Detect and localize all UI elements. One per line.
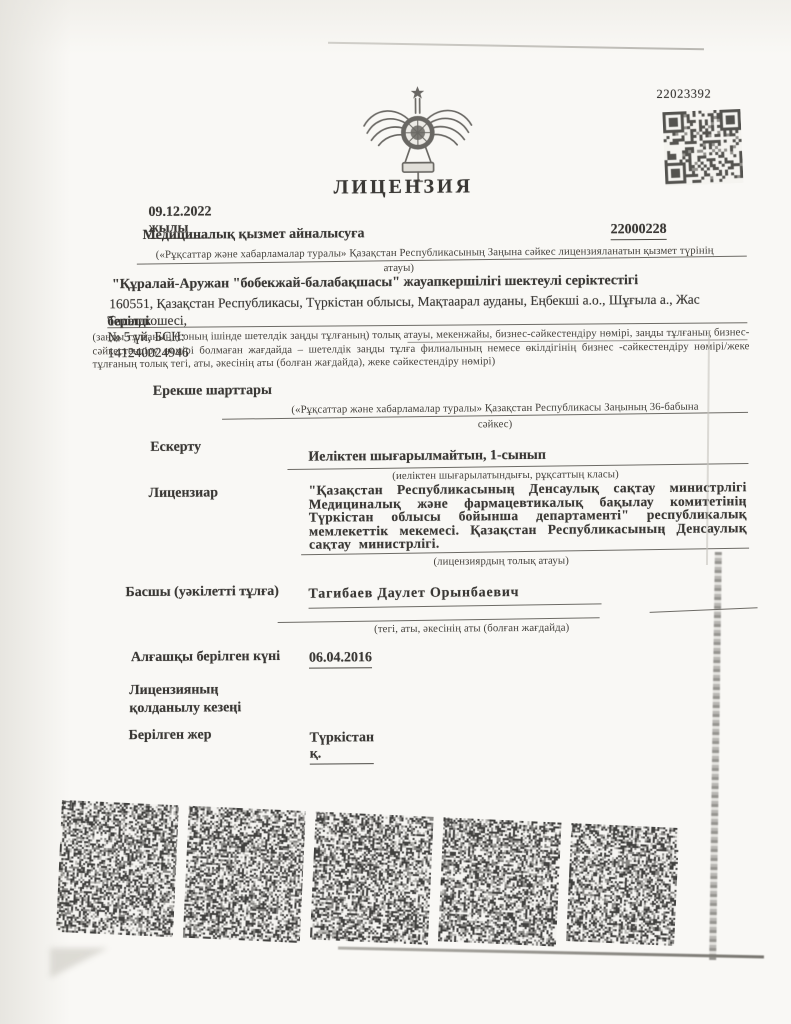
digital-stamp-band	[56, 800, 702, 969]
validity-label-line2: қолданылу кезеңі	[129, 700, 241, 717]
first-issued-date-text: 06.04.2016	[309, 650, 372, 668]
licensor-caption: (лицензиярдың толық атауы)	[301, 554, 701, 569]
validity-label-line1: Лицензияның	[129, 682, 218, 699]
digital-stamp-block	[438, 817, 562, 946]
head-value: Тагибаев Даулет Орынбаевич	[308, 585, 519, 603]
licensee-address-line1: 160551, Қазақстан Республикасы, Түркіста…	[109, 291, 764, 312]
licensee-caption: (заңды тұлғаның (соның ішінде шетелдік з…	[92, 326, 749, 372]
licensee-name: "Құралай-Аружан "бобекжай-балабақшасы" ж…	[112, 272, 762, 293]
kazakhstan-coat-of-arms-icon	[355, 83, 480, 188]
scan-corner-shadow	[50, 948, 108, 978]
special-conditions-label: Ерекше шарттары	[153, 383, 272, 400]
activity-caption-line2: атауы)	[289, 261, 509, 275]
digital-stamp-block	[56, 800, 179, 937]
digital-stamp-block	[310, 812, 434, 945]
digital-stamp-block	[566, 823, 679, 946]
form-underline	[309, 603, 602, 609]
licensor-label: Лицензиар	[149, 485, 218, 502]
activity-type: Медициналық қызмет айналысуға	[143, 226, 365, 244]
document-title: ЛИЦЕНЗИЯ	[283, 175, 523, 200]
head-caption: (тегі, аты, әкесінің аты (болған жағдайд…	[302, 621, 642, 636]
document-serial-number: 22023392	[656, 87, 711, 102]
qr-code-icon	[662, 109, 743, 186]
scanned-license-page: 22023392	[0, 0, 791, 1024]
license-number-text: 22000228	[611, 222, 667, 240]
activity-caption-line1: («Рұқсаттар және хабарламалар туралы» Қа…	[156, 244, 714, 260]
digital-stamp-block	[183, 806, 306, 943]
first-issued-label: Алғашқы берілген күні	[131, 649, 280, 666]
note-label: Ескерту	[150, 440, 201, 456]
place-label: Берілген жер	[128, 727, 211, 744]
form-underline	[650, 607, 758, 613]
head-label: Басшы (уәкілетті тұлға)	[125, 584, 279, 601]
place-value-text: Түркістан қ.	[310, 730, 375, 765]
licensor-value: "Қазақстан Республикасының Денсаулық сақ…	[309, 480, 748, 551]
note-value: Иеліктен шығарылмайтын, 1-сынып	[308, 448, 546, 466]
